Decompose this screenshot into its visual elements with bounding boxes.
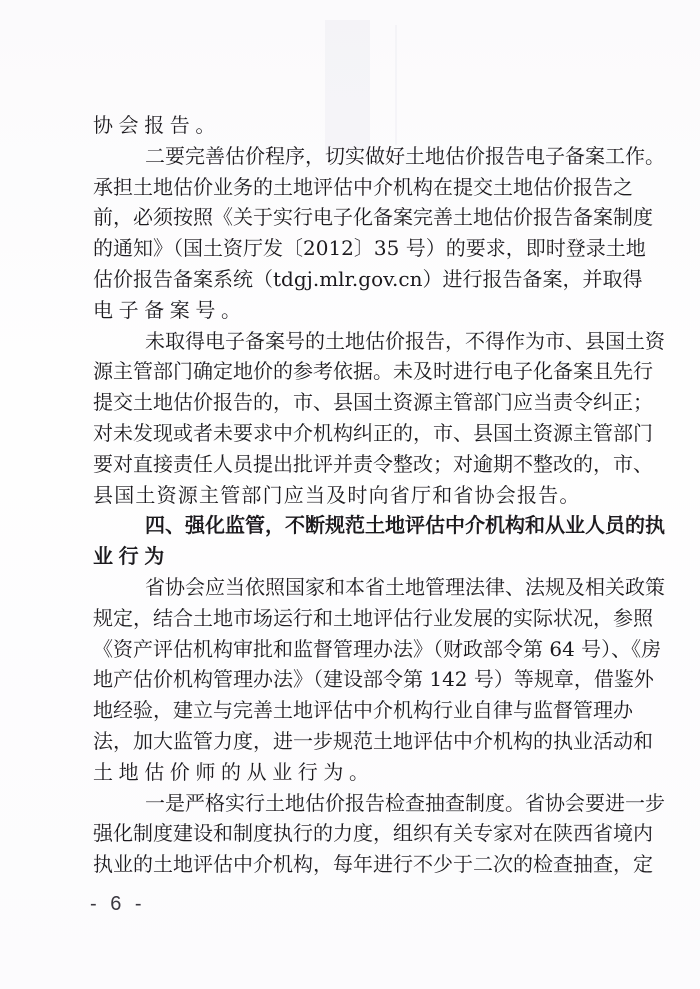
paragraph-line: 强化制度建设和制度执行的力度，组织有关专家对在陕西省境内 [93, 818, 613, 849]
paragraph-line: 一是严格实行土地估价报告检查抽查制度。省协会要进一步 [93, 788, 613, 819]
paragraph-line: 源主管部门确定地价的参考依据。未及时进行电子化备案且先行 [93, 356, 613, 387]
paragraph-line: 前，必须按照《关于实行电子化备案完善土地估价报告备案制度 [93, 202, 613, 233]
paragraph-line: 地产估价机构管理办法》（建设部令第 142 号）等规章，借鉴外 [93, 664, 613, 695]
paragraph-line: 省协会应当依照国家和本省土地管理法律、法规及相关政策 [93, 572, 613, 603]
paragraph-line: 执业的土地评估中介机构，每年进行不少于二次的检查抽查，定 [93, 849, 613, 880]
paragraph-line: 的通知》（国土资厅发〔2012〕35 号）的要求，即时登录土地 [93, 233, 613, 264]
page-number: - 6 - [90, 893, 146, 916]
section-heading: 四、强化监管，不断规范土地评估中介机构和从业人员的执 [93, 510, 613, 541]
paragraph-line: 县国土资源主管部门应当及时向省厅和省协会报告。 [93, 480, 613, 511]
paragraph-line: 未取得电子备案号的土地估价报告，不得作为市、县国土资 [93, 326, 613, 357]
paragraph-line: 协会报告。 [93, 110, 613, 141]
paragraph-line: 对未发现或者未要求中介机构纠正的，市、县国土资源主管部门 [93, 418, 613, 449]
document-page: 协会报告。 二要完善估价程序，切实做好土地估价报告电子备案工作。 承担土地估价业… [0, 0, 700, 989]
paragraph-line: 法，加大监管力度，进一步规范土地评估中介机构的执业活动和 [93, 726, 613, 757]
section-heading-cont: 业行为 [93, 541, 613, 572]
paragraph-line: 规定，结合土地市场运行和土地评估行业发展的实际状况，参照 [93, 603, 613, 634]
paragraph-line: 电子备案号。 [93, 295, 613, 326]
paragraph-line: 承担土地估价业务的土地评估中介机构在提交土地估价报告之 [93, 172, 613, 203]
paragraph-line: 要对直接责任人员提出批评并责令整改；对逾期不整改的，市、 [93, 449, 613, 480]
paragraph-line: 估价报告备案系统（tdgj.mlr.gov.cn）进行报告备案，并取得 [93, 264, 613, 295]
paragraph-line: 二要完善估价程序，切实做好土地估价报告电子备案工作。 [93, 141, 613, 172]
paragraph-line: 提交土地估价报告的，市、县国土资源主管部门应当责令纠正； [93, 387, 613, 418]
paragraph-line: 《资产评估机构审批和监督管理办法》（财政部令第 64 号）、《房 [93, 634, 613, 665]
paragraph-line: 地经验，建立与完善土地评估中介机构行业自律与监督管理办 [93, 695, 613, 726]
paragraph-line: 土地估价师的从业行为。 [93, 757, 613, 788]
body-text: 协会报告。 二要完善估价程序，切实做好土地估价报告电子备案工作。 承担土地估价业… [93, 110, 613, 880]
